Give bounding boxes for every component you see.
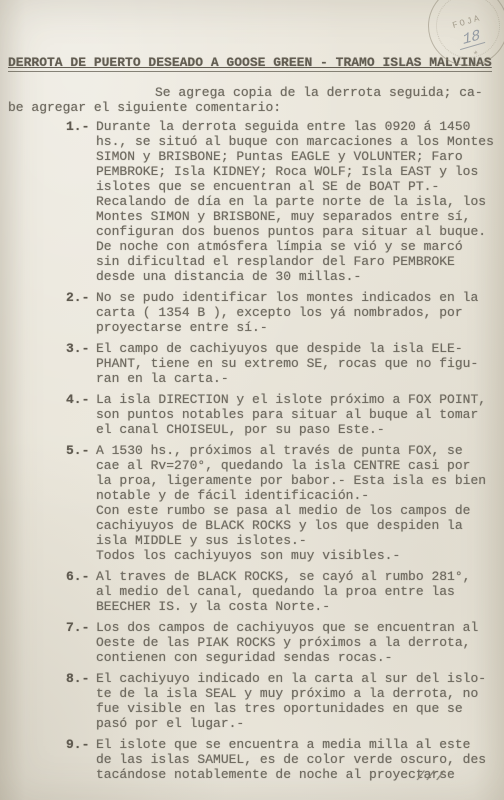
text-line: Se agrega copia de la derrota seguida; c… [155,85,498,100]
text-line: SIMON y BRISBONE; Puntas EAGLE y VOLUNTE… [96,149,498,164]
item-number: 6.- [66,569,89,584]
text-line: No se pudo identificar los montes indica… [96,290,498,305]
text-line: Recalando de día en la parte norte de la… [96,194,498,209]
text-line: be agregar el siguiente comentario: [8,100,498,115]
item-body: A 1530 hs., próximos al través de punta … [96,443,498,563]
text-line: carta ( 1354 B ), excepto los yá nombrad… [96,305,498,320]
list-item: 3.- El campo de cachiyuyos que despide l… [66,341,498,386]
text-line: El campo de cachiyuyos que despide la is… [96,341,498,356]
text-line: notable y de fácil identificación.- [96,488,498,503]
item-number: 7.- [66,620,89,635]
list-item: 7.- Los dos campos de cachiyuyos que se … [66,620,498,665]
text-line: Todos los cachiyuyos son muy visibles.- [96,548,498,563]
text-line: Al traves de BLACK ROCKS, se cayó al rum… [96,569,498,584]
list-item: 1.- Durante la derrota seguida entre las… [66,119,498,284]
text-line: pasó por el lugar.- [96,716,498,731]
item-body: La isla DIRECTION y el islote próximo a … [96,392,498,437]
text-line: islotes que se encuentran al SE de BOAT … [96,179,498,194]
text-line: proyectarse entre sí.- [96,320,498,335]
item-body: Los dos campos de cachiyuyos que se encu… [96,620,498,665]
continuation-mark: /// [417,769,446,784]
text-line: Los dos campos de cachiyuyos que se encu… [96,620,498,635]
item-number: 4.- [66,392,89,407]
item-body: El campo de cachiyuyos que despide la is… [96,341,498,386]
list-item: 6.- Al traves de BLACK ROCKS, se cayó al… [66,569,498,614]
item-number: 3.- [66,341,89,356]
text-line: desde una distancia de 30 millas.- [96,269,498,284]
intro-paragraph: Se agrega copia de la derrota seguida; c… [8,85,498,115]
comment-list: 1.- Durante la derrota seguida entre las… [8,119,498,782]
item-number: 1.- [66,119,89,134]
item-number: 5.- [66,443,89,458]
text-line: configuran dos buenos puntos para situar… [96,224,498,239]
list-item: 4.- La isla DIRECTION y el islote próxim… [66,392,498,437]
item-body: El cachiyuyo indicado en la carta al sur… [96,671,498,731]
text-line: BEECHER IS. y la costa Norte.- [96,599,498,614]
item-number: 2.- [66,290,89,305]
text-line: cachiyuyos de BLACK ROCKS y los que desp… [96,518,498,533]
document-title: DERROTA DE PUERTO DESEADO A GOOSE GREEN … [8,55,492,72]
text-line: fue visible en las tres oportunidades en… [96,701,498,716]
text-line: De noche con atmósfera límpia se vió y s… [96,239,498,254]
text-line: isla MIDDLE y sus islotes.- [96,533,498,548]
text-line: ran en la carta.- [96,371,498,386]
item-number: 9.- [66,737,89,752]
text-line: El islote que se encuentra a media milla… [96,737,498,752]
text-line: PHANT, tiene en su extremo SE, rocas que… [96,356,498,371]
text-line: hs., se situó al buque con marcaciones a… [96,134,498,149]
list-item: 2.- No se pudo identificar los montes in… [66,290,498,335]
item-body: Al traves de BLACK ROCKS, se cayó al rum… [96,569,498,614]
text-line: La isla DIRECTION y el islote próximo a … [96,392,498,407]
text-line: sin dificultad el resplandor del Faro PE… [96,254,498,269]
text-line: son puntos notables para situar al buque… [96,407,498,422]
item-body: Durante la derrota seguida entre las 092… [96,119,498,284]
text-line: contienen con seguridad sendas rocas.- [96,650,498,665]
text-line: te de la isla SEAL y muy próximo a la de… [96,686,498,701]
text-line: A 1530 hs., próximos al través de punta … [96,443,498,458]
text-line: Montes SIMON y BRISBONE, muy separados e… [96,209,498,224]
document-page: FOJA 18 ✶ DERROTA DE PUERTO DESEADO A GO… [0,0,504,800]
item-body: No se pudo identificar los montes indica… [96,290,498,335]
text-line: la proa, ligeramente por babor.- Esta is… [96,473,498,488]
list-item: 8.- El cachiyuyo indicado en la carta al… [66,671,498,731]
text-line: Oeste de las PIAK ROCKS y próximos a la … [96,635,498,650]
list-item: 5.- A 1530 hs., próximos al través de pu… [66,443,498,563]
text-line: El cachiyuyo indicado en la carta al sur… [96,671,498,686]
text-line: al medio del canal, quedando la proa ent… [96,584,498,599]
text-line: cae al Rv=270°, quedando la isla CENTRE … [96,458,498,473]
text-line: PEMBROKE; Isla KIDNEY; Roca WOLF; Isla E… [96,164,498,179]
text-line: de las islas SAMUEL, es de color verde o… [96,752,498,767]
text-line: el canal CHOISEUL, por su paso Este.- [96,422,498,437]
item-number: 8.- [66,671,89,686]
stamp-page-number: 18 [458,27,485,50]
text-line: Con este rumbo se pasa al medio de los c… [96,503,498,518]
text-line: Durante la derrota seguida entre las 092… [96,119,498,134]
